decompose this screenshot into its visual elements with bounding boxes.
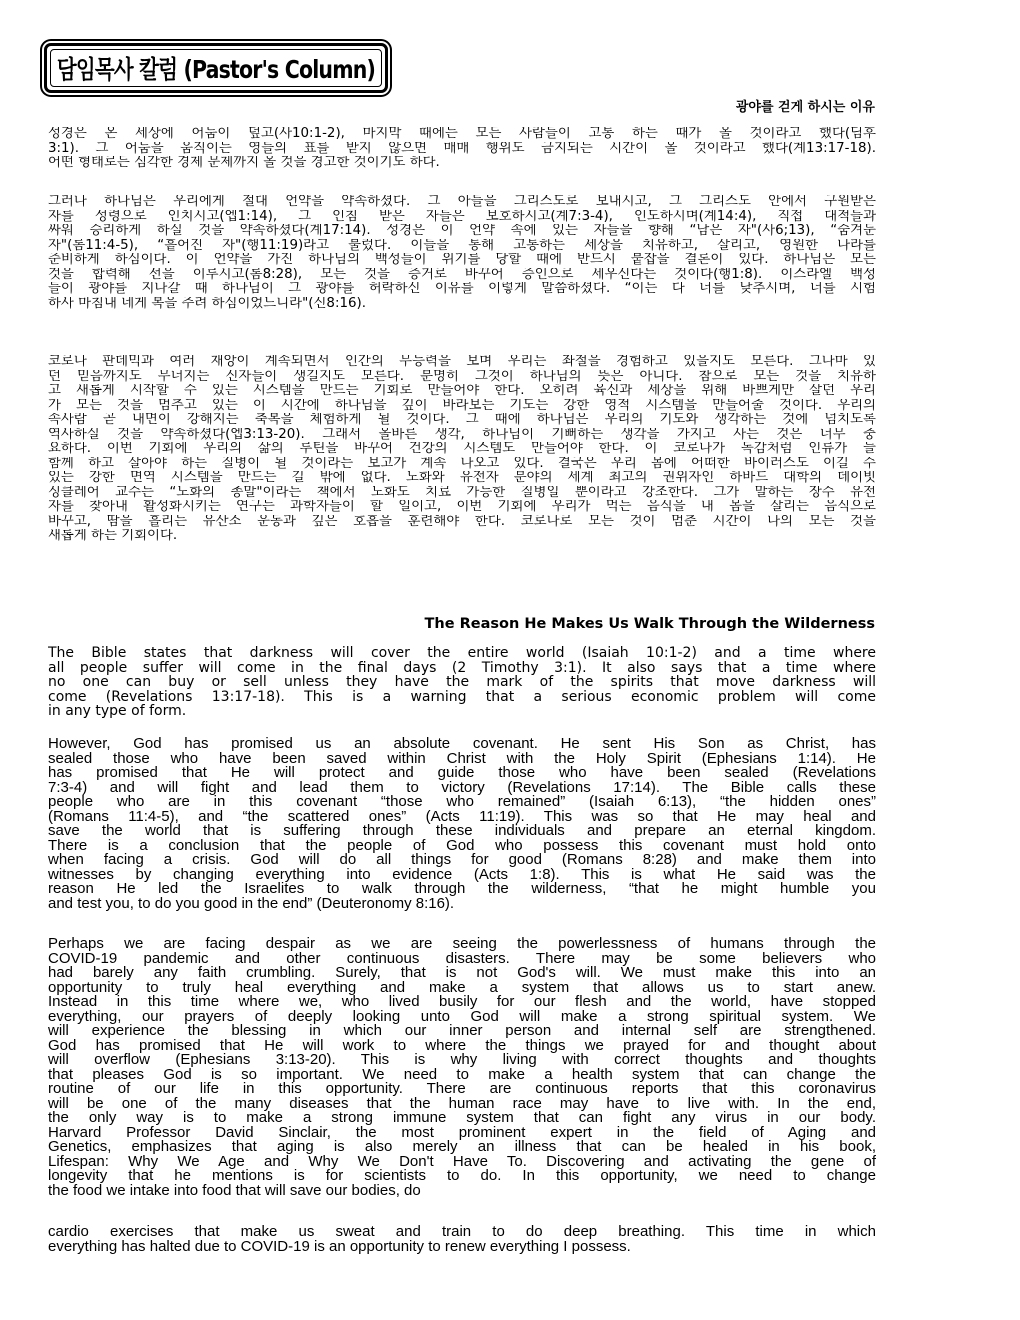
text-line: 준비하게 하심이다. 이 언약을 가진 하나님의 백성들이 위기를 당할 때에 … [48, 253, 876, 268]
text-line: 어떤 형태로든 심각한 경제 문제까지 올 것을 경고한 것이기도 하다. [48, 156, 876, 171]
text-line: routine of our life in this opportunity.… [48, 1082, 876, 1097]
text-line: 자를 성령으로 인치시고(엡1:14), 그 인침 받은 자들은 보호하시고(계… [48, 210, 876, 225]
text-line: 역사하실 것을 약속하셨다(엡3:13-20). 그래서 올바른 생각, 하나님… [48, 428, 876, 443]
text-line: and test you, to do you good in the end”… [48, 897, 876, 912]
text-line: opportunity to truly heal everything and… [48, 981, 876, 996]
text-line: 것을 합력해 선을 이루시고(롬8:28), 모든 것을 증거로 바꾸어 증인으… [48, 268, 876, 283]
text-line: in any type of form. [48, 704, 876, 719]
text-line: sealed those who have been saved within … [48, 752, 876, 767]
text-line: 속사람 곧 내면이 강해지는 축복을 체험하게 될 것이다. 그 때에 하나님은… [48, 413, 876, 428]
text-line: save the world that is suffering through… [48, 824, 876, 839]
text-line: will be one of the many diseases that th… [48, 1097, 876, 1112]
text-line: The Bible states that darkness will cove… [48, 646, 876, 661]
text-line: come (Revelations 13:17-18). This is a w… [48, 690, 876, 705]
text-line: 하사 마침내 네게 복을 주려 하심이었느니라"(신8:16). [48, 297, 876, 312]
english-article-heading: The Reason He Makes Us Walk Through the … [425, 616, 875, 632]
text-line: Perhaps we are facing despair as we are … [48, 937, 876, 952]
text-line: COVID-19 pandemic and other continuous d… [48, 952, 876, 967]
text-line: 성경은 온 세상에 어둠이 덮고(사10:1-2), 마지막 때에는 모든 사람… [48, 127, 876, 142]
text-line: Genetics, emphasizes that aging is also … [48, 1140, 876, 1155]
text-line: 들이 광야를 지나갈 때 하나님이 그 광야를 허락하신 이유를 이렇게 말씀하… [48, 282, 876, 297]
text-line: However, God has promised us an absolute… [48, 737, 876, 752]
english-paragraph-4: cardio exercises that make us sweat and … [48, 1225, 876, 1254]
text-line: 7:3-4) and will fight and lead them to v… [48, 781, 876, 796]
text-line: people who are in this covenant “those w… [48, 795, 876, 810]
text-line: everything, our prayers of deeply lookin… [48, 1010, 876, 1025]
text-line: all people suffer will come in the final… [48, 661, 876, 676]
text-line: 그러나 하나님은 우리에게 절대 언약을 약속하셨다. 그 아들을 그리스도로 … [48, 195, 876, 210]
text-line: There is a conclusion that the people of… [48, 839, 876, 854]
korean-paragraph-2: 그러나 하나님은 우리에게 절대 언약을 약속하셨다. 그 아들을 그리스도로 … [48, 195, 876, 311]
korean-paragraph-1: 성경은 온 세상에 어둠이 덮고(사10:1-2), 마지막 때에는 모든 사람… [48, 127, 876, 171]
text-line: 자"(롬11:4-5), “흩어진 자"(행11:19)라고 불렀다. 이들을 … [48, 239, 876, 254]
text-line: 새롭게 하는 기회이다. [48, 529, 876, 544]
text-line: the only way is to make a strong immune … [48, 1111, 876, 1126]
column-title-box: 담임목사 칼럼 (Pastor's Column) [44, 43, 388, 93]
text-line: (Romans 11:4-5), and “the scattered ones… [48, 810, 876, 825]
text-line: will overflow (Ephesians 3:13-20). This … [48, 1053, 876, 1068]
text-line: 바꾸고, 땀을 흘리는 유산소 운동과 깊은 호흡을 훈련해야 한다. 코로나로… [48, 515, 876, 530]
text-line: 코로나 판데믹과 여러 재앙이 계속되면서 인간의 무능력을 보며 우리는 좌절… [48, 355, 876, 370]
korean-article-heading: 광야를 걷게 하시는 이유 [736, 96, 875, 115]
text-line: had barely any faith crumbling. Surely, … [48, 966, 876, 981]
text-line: 가 모든 것을 멈추고 있는 이 시간에 하나님을 깊이 바라보는 기도는 강한… [48, 399, 876, 414]
text-line: 3:1). 그 어둠을 움직이는 영들의 표를 받지 않으면 매매 행위도 금지… [48, 142, 876, 157]
text-line: when facing a crisis. God will do all th… [48, 853, 876, 868]
text-line: 던 믿음까지도 무너지는 신자들이 생길지도 모른다. 분명히 그것이 하나님의… [48, 370, 876, 385]
korean-paragraph-3: 코로나 판데믹과 여러 재앙이 계속되면서 인간의 무능력을 보며 우리는 좌절… [48, 355, 876, 544]
text-line: 싸워 승리하게 하실 것을 약속하셨다(계17:14). 성경은 이 언약 속에… [48, 224, 876, 239]
text-line: 함께 하고 살아야 하는 질병이 될 것이라는 보고가 계속 나오고 있다. 결… [48, 457, 876, 472]
text-line: everything has halted due to COVID-19 is… [48, 1240, 876, 1255]
text-line: no one can buy or sell unless they have … [48, 675, 876, 690]
text-line: God has promised that He will work to wh… [48, 1039, 876, 1054]
text-line: reason He led the Israelites to walk thr… [48, 882, 876, 897]
text-line: the food we intake into food that will s… [48, 1184, 876, 1199]
text-line: 고 새롭게 시작할 수 있는 시스템을 만드는 기회로 만들어야 한다. 오히려… [48, 384, 876, 399]
text-line: longevity that he mentions is for scient… [48, 1169, 876, 1184]
text-line: will experience the blessing in which ou… [48, 1024, 876, 1039]
text-line: Instead in this time where we, who lived… [48, 995, 876, 1010]
text-line: cardio exercises that make us sweat and … [48, 1225, 876, 1240]
english-paragraph-1: The Bible states that darkness will cove… [48, 646, 876, 719]
text-line: Harvard Professor David Sinclair, the mo… [48, 1126, 876, 1141]
text-line: 자를 찾아내 활성화시키는 연구는 과학자들이 할 일이고, 이번 기회에 우리… [48, 500, 876, 515]
column-title-inner-frame: 담임목사 칼럼 (Pastor's Column) [50, 49, 382, 87]
text-line: that pleases God is so important. We nee… [48, 1068, 876, 1083]
text-line: has promised that He will protect and gu… [48, 766, 876, 781]
english-paragraph-3: Perhaps we are facing despair as we are … [48, 937, 876, 1198]
english-paragraph-2: However, God has promised us an absolute… [48, 737, 876, 911]
text-line: witnesses by changing everything into ev… [48, 868, 876, 883]
text-line: 있는 강한 면역 시스템을 만드는 길 밖에 없다. 노화와 유전자 분야의 세… [48, 471, 876, 486]
text-line: 싱클레어 교수는 “노화의 종말"이라는 책에서 노화도 치료 가능한 질병일 … [48, 486, 876, 501]
column-title: 담임목사 칼럼 (Pastor's Column) [57, 50, 375, 86]
text-line: Lifespan: Why We Age and Why We Don't Ha… [48, 1155, 876, 1170]
text-line: 요하다. 이번 기회에 우리의 삶의 루틴을 바꾸어 건강의 시스템도 만들어야… [48, 442, 876, 457]
